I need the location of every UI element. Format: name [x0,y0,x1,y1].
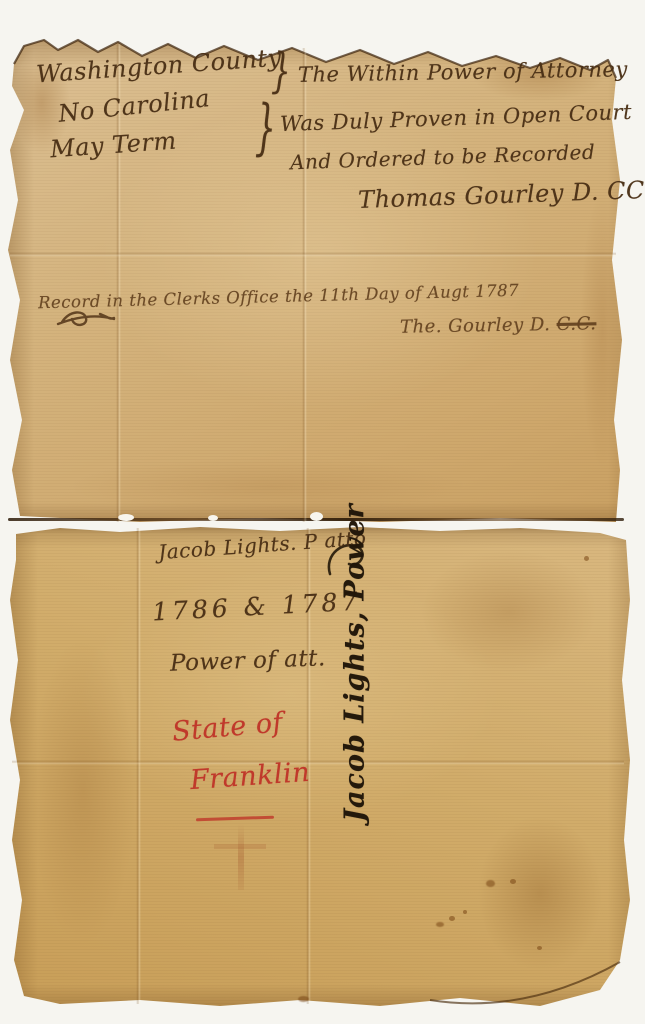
fold-gap-highlight [208,515,218,521]
brace-lower: } [255,96,277,158]
recording-signature-struck: C.C. [556,313,596,335]
stain-speck [486,880,495,887]
stain-speck [436,922,444,927]
red-cross-smear-horizontal [214,844,266,849]
crease-horizontal-top [10,252,616,257]
stain-speck [537,946,542,950]
stain-speck [463,910,467,914]
docket-vertical-title: Jacob Lights, Power [340,503,371,821]
stain-speck [449,916,455,921]
docket-subject-line: Power of att. [170,645,327,676]
stain-speck [298,996,309,1002]
docket-vertical-title-wrap: Jacob Lights, Power [310,535,400,790]
recording-signature-main: The. Gourley D. [400,314,551,338]
crease-vertical-bottom-left [136,528,141,1004]
brace-upper: } [271,48,292,97]
scanned-document-page: { "palette": { "scanner_background": "#f… [0,0,645,1024]
fold-gap-highlight [310,512,323,521]
recording-signature: The. Gourley D. C.C. [400,313,597,337]
stain-speck [510,879,516,884]
red-cross-smear-vertical [238,824,244,890]
stain-speck [584,556,589,561]
